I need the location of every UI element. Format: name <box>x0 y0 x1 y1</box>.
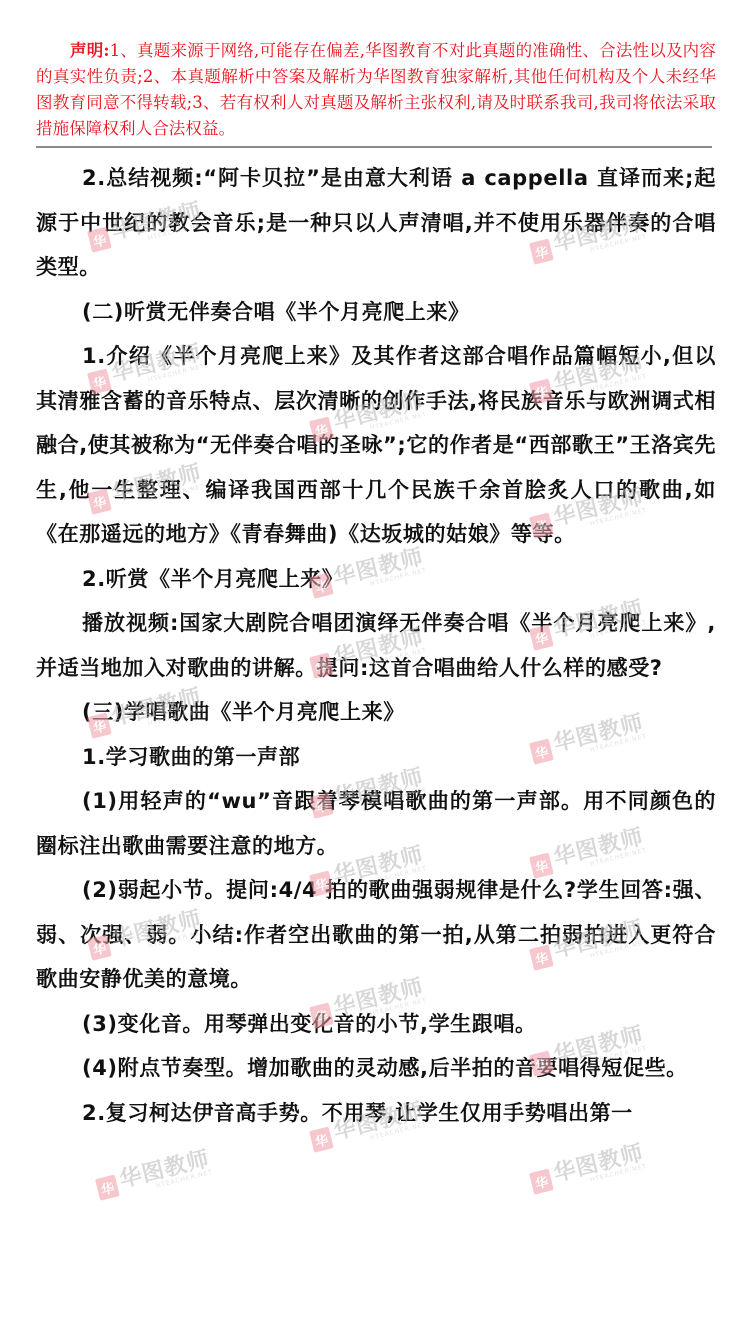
section-heading-2: (二)听赏无伴奏合唱《半个月亮爬上来》 <box>36 290 716 335</box>
paragraph-step-1: (1)用轻声的“wu”音跟着琴模唱歌曲的第一声部。用不同颜色的圈标注出歌曲需要注… <box>36 779 716 868</box>
paragraph-review-kodaly: 2.复习柯达伊音高手势。不用琴,让学生仅用手势唱出第一 <box>36 1091 716 1136</box>
paragraph-step-3: (3)变化音。用琴弹出变化音的小节,学生跟唱。 <box>36 1002 716 1047</box>
watermark: 华华图教师HTEACHER.NET <box>94 1148 213 1203</box>
paragraph-step-4: (4)附点节奏型。增加歌曲的灵动感,后半拍的音要唱得短促些。 <box>36 1046 716 1091</box>
watermark: 华华图教师HTEACHER.NET <box>528 1142 647 1197</box>
paragraph-step-2: (2)弱起小节。提问:4/4 拍的歌曲强弱规律是什么?学生回答:强、弱、次强、弱… <box>36 868 716 1002</box>
disclaimer: 声明:1、真题来源于网络,可能存在偏差,华图教育不对此真题的准确性、合法性以及内… <box>36 38 716 142</box>
disclaimer-lead: 声明: <box>70 41 110 60</box>
disclaimer-text: 1、真题来源于网络,可能存在偏差,华图教育不对此真题的准确性、合法性以及内容的真… <box>36 41 716 138</box>
subheading-first-voice: 1.学习歌曲的第一声部 <box>36 735 716 780</box>
paragraph-play-video: 播放视频:国家大剧院合唱团演绎无伴奏合唱《半个月亮爬上来》,并适当地加入对歌曲的… <box>36 601 716 690</box>
document-body: 2.总结视频:“阿卡贝拉”是由意大利语 a cappella 直译而来;起源于中… <box>36 156 716 1135</box>
paragraph-summary-video: 2.总结视频:“阿卡贝拉”是由意大利语 a cappella 直译而来;起源于中… <box>36 156 716 290</box>
watermark-logo-icon: 华 <box>95 1175 120 1201</box>
document-page: 声明:1、真题来源于网络,可能存在偏差,华图教育不对此真题的准确性、合法性以及内… <box>0 0 748 1335</box>
subheading-listen: 2.听赏《半个月亮爬上来》 <box>36 557 716 602</box>
section-heading-3: (三)学唱歌曲《半个月亮爬上来》 <box>36 690 716 735</box>
paragraph-intro-work: 1.介绍《半个月亮爬上来》及其作者这部合唱作品篇幅短小,但以其清雅含蓄的音乐特点… <box>36 334 716 557</box>
watermark-logo-icon: 华 <box>529 1169 554 1195</box>
header-divider <box>36 146 712 148</box>
